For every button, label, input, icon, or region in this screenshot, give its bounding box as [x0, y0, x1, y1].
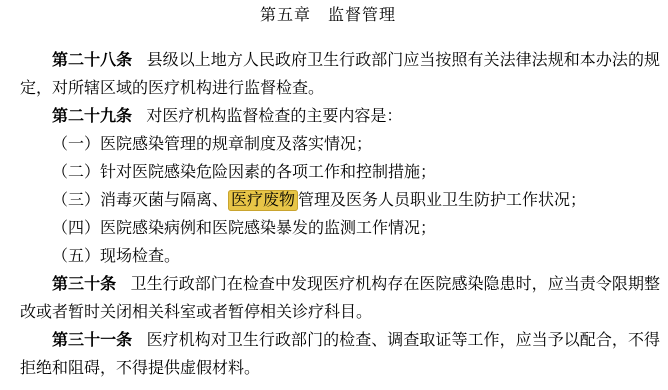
- inspection-item-3: （三）消毒灭菌与隔离、医疗废物管理及医务人员职业卫生防护工作状况；: [20, 187, 660, 215]
- article-30-number: 第三十条: [52, 276, 116, 293]
- inspection-item-3-post: 管理及医务人员职业卫生防护工作状况；: [298, 192, 586, 209]
- inspection-item-2: （二）针对医院感染危险因素的各项工作和控制措施；: [20, 159, 660, 187]
- article-28-number: 第二十八条: [52, 52, 132, 69]
- article-29: 第二十九条对医疗机构监督检查的主要内容是：: [20, 103, 660, 131]
- article-28: 第二十八条县级以上地方人民政府卫生行政部门应当按照有关法律法规和本办法的规定，对…: [20, 47, 660, 103]
- article-31: 第三十一条医疗机构对卫生行政部门的检查、调查取证等工作，应当予以配合，不得拒绝和…: [20, 327, 660, 383]
- inspection-item-5: （五）现场检查。: [20, 243, 660, 271]
- article-29-text: 对医疗机构监督检查的主要内容是：: [146, 108, 402, 125]
- inspection-item-3-pre: （三）消毒灭菌与隔离、: [52, 192, 228, 209]
- article-29-number: 第二十九条: [52, 108, 132, 125]
- inspection-item-1: （一）医院感染管理的规章制度及落实情况；: [20, 131, 660, 159]
- article-30: 第三十条卫生行政部门在检查中发现医疗机构存在医院感染隐患时，应当责令限期整改或者…: [20, 271, 660, 327]
- article-31-number: 第三十一条: [52, 332, 132, 349]
- inspection-item-4: （四）医院感染病例和医院感染暴发的监测工作情况；: [20, 215, 660, 243]
- highlighted-term-medical-waste: 医疗废物: [228, 190, 298, 211]
- document-page: 第五章 监督管理 第二十八条县级以上地方人民政府卫生行政部门应当按照有关法律法规…: [0, 0, 668, 390]
- chapter-title: 第五章 监督管理: [8, 2, 648, 30]
